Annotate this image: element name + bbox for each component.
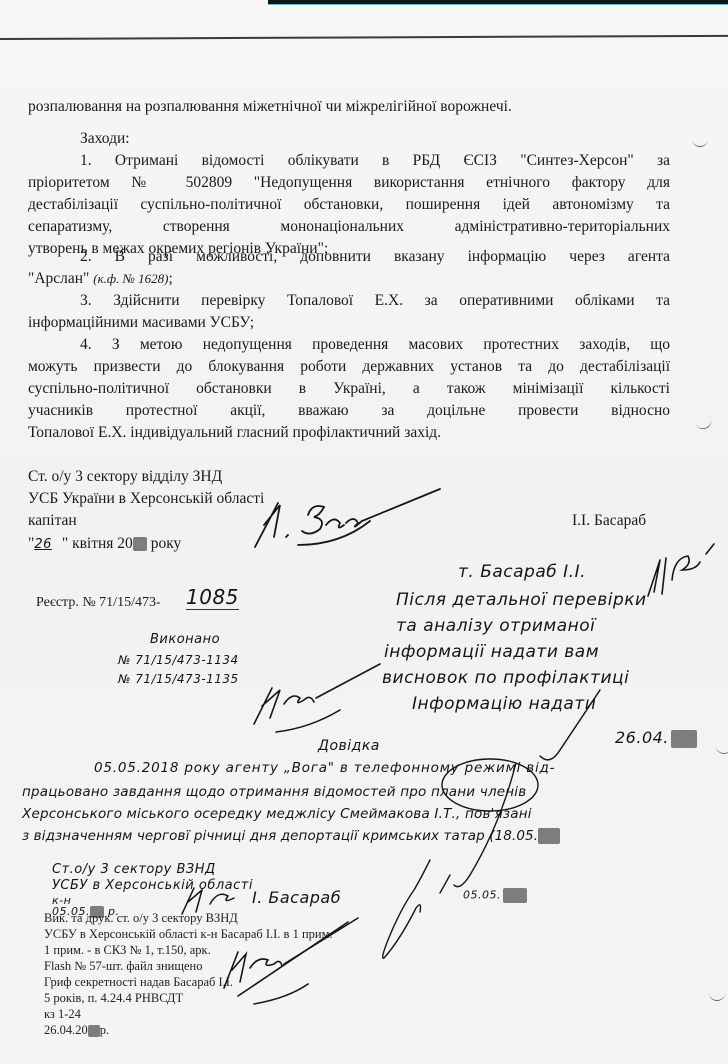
footer-date-suffix: р.	[100, 1023, 109, 1037]
measure-4-line: можуть призвести до блокування роботи де…	[28, 356, 670, 378]
punctuation: ;	[169, 270, 173, 287]
signer-position-line2: УСБ України в Херсонській області	[28, 488, 264, 510]
signature-resolution	[640, 540, 728, 605]
measure-3-line: інформаційними масивами УСБУ;	[28, 312, 670, 334]
measure-2: 2. В разі можливості, доповнити вказану …	[28, 246, 670, 290]
measure-2-line: 2. В разі можливості, доповнити вказану …	[28, 246, 670, 268]
large-loop-stroke	[370, 860, 450, 975]
side-date: 05.05.	[463, 888, 527, 903]
footer-line: Flash № 57-шт. файл знищено	[44, 958, 202, 975]
hole-punch-mark	[692, 136, 708, 147]
measure-1-line: сепаратизму, створення мононаціональних …	[28, 216, 670, 238]
intro-line: розпалювання на розпалювання міжетнічної…	[28, 96, 512, 118]
signature-executed	[250, 668, 390, 743]
page-top-rule	[0, 35, 728, 40]
resolution-line: інформації надати вам	[384, 642, 599, 662]
redaction	[671, 730, 697, 748]
measure-4-line: учасників протестної акції, вважаю за до…	[28, 400, 670, 422]
resolution-line: висновок по профілактиці	[382, 668, 629, 688]
signature-basarab	[250, 485, 450, 560]
date-year-suffix: року	[147, 535, 181, 552]
resolution-line: Після детальної перевірки	[396, 590, 647, 610]
hole-punch-mark	[716, 743, 728, 754]
measure-1-line: дестабілізації суспільно-політичної обст…	[28, 194, 670, 216]
measure-3: 3. Здійснити перевірку Топалової Е.Х. за…	[28, 290, 670, 334]
scan-edge-strip	[268, 0, 728, 5]
resolution-line: та аналізу отриманої	[396, 616, 595, 636]
footer-line: Гриф секретності надав Басараб І.І.	[44, 974, 233, 991]
measure-2-line: "Арслан" (к.ф. № 1628);	[28, 268, 670, 290]
resolution-date-text: 26.04.	[615, 728, 669, 747]
handwritten-day: 26	[34, 537, 62, 552]
footer-date: 26.04.20р.	[44, 1022, 109, 1039]
redaction	[133, 537, 147, 551]
signer-position-line1: Ст. о/у 3 сектору відділу ЗНД	[28, 466, 222, 488]
signature-date: "26" квітня 20 року	[28, 533, 181, 556]
measure-4-line: суспільно-політичної обстановки в Україн…	[28, 378, 670, 400]
signer-rank: капітан	[28, 510, 77, 532]
executed-note-line1: № 71/15/473-1134	[118, 653, 239, 667]
footer-line: Вик. та друк. ст. о/у 3 сектору ВЗНД	[44, 910, 238, 927]
reference-title: Довідка	[318, 738, 380, 754]
measure-4-line: 4. З метою недопущення проведення масови…	[28, 334, 670, 356]
measure-1-line: пріоритетом № 502809 "Недопущення викори…	[28, 172, 670, 194]
agent-file-note: (к.ф. № 1628)	[93, 271, 168, 286]
measure-3-line: 3. Здійснити перевірку Топалової Е.Х. за…	[28, 290, 670, 312]
date-month: " квітня 20	[62, 535, 133, 552]
measure-1: 1. Отримані відомості облікувати в РБД Є…	[28, 150, 670, 260]
agent-name: "Арслан"	[28, 270, 89, 287]
measure-4: 4. З метою недопущення проведення масови…	[28, 334, 670, 444]
reference-signoff-line1: Ст.о/у 3 сектору ВЗНД	[52, 862, 216, 877]
signer-name: І.І. Басараб	[572, 510, 646, 532]
redaction	[503, 888, 527, 903]
footer-line: 5 років, п. 4.24.4 РНВСДТ	[44, 990, 183, 1007]
footer-date-prefix: 26.04.20	[44, 1023, 88, 1037]
redaction	[88, 1025, 100, 1037]
side-date-text: 05.05.	[463, 889, 501, 902]
reference-signoff-name: І. Басараб	[252, 888, 341, 907]
measure-4-line: Топалової Е.Х. індивідуальний гласний пр…	[28, 422, 670, 444]
document-page: розпалювання на розпалювання міжетнічної…	[0, 0, 728, 1064]
registry-handwritten-number: 1085	[186, 585, 239, 610]
registry-label: Реєстр. № 71/15/473-	[36, 592, 161, 614]
hole-punch-mark	[709, 990, 725, 1001]
measure-1-line: 1. Отримані відомості облікувати в РБД Є…	[28, 150, 670, 172]
executed-note-line2: № 71/15/473-1135	[118, 672, 239, 686]
resolution-addressee: т. Басараб І.І.	[458, 562, 586, 582]
executed-note-title: Виконано	[150, 632, 220, 647]
measures-heading: Заходи:	[80, 128, 130, 150]
footer-line: 1 прим. - в СКЗ № 1, т.150, арк.	[44, 942, 211, 959]
footer-line: кз 1-24	[44, 1006, 81, 1023]
hole-punch-mark	[695, 416, 714, 432]
signature-footer	[218, 938, 368, 1013]
resolution-date: 26.04.	[615, 728, 697, 748]
